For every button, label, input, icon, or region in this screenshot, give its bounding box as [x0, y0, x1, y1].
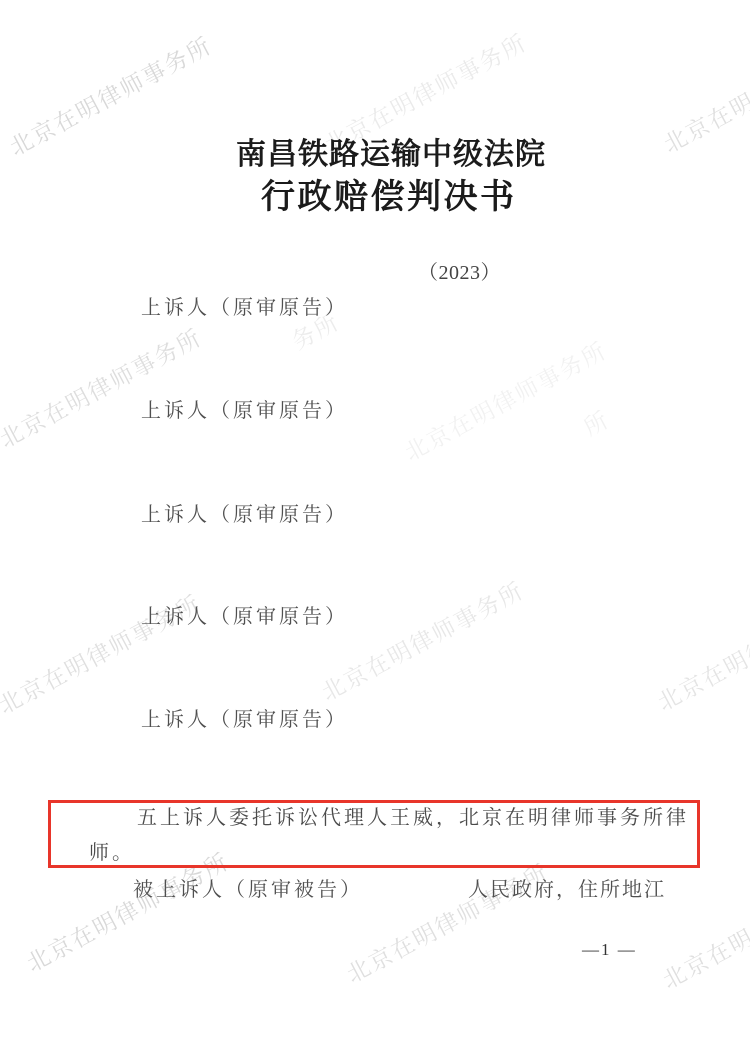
appellant-line-2: 上诉人（原审原告）: [141, 401, 348, 423]
court-name: 南昌铁路运输中级法院: [236, 139, 546, 171]
watermark-text: 北京在明律师事务所: [340, 855, 554, 990]
highlighted-clause-line-1: 五上诉人委托诉讼代理人王威，北京在明律师事务所律: [89, 808, 689, 830]
case-number-year: （2023）: [418, 263, 501, 285]
watermark-text: 北京在明律师事务所: [656, 861, 750, 996]
page-number: —1 —: [582, 941, 637, 959]
appellant-line-4: 上诉人（原审原告）: [141, 607, 348, 629]
watermark-text: 北京在明律师事务所: [398, 333, 612, 468]
watermark-text: 北京在明律师事务所: [651, 583, 750, 718]
respondent-detail: 人民政府，住所地江: [468, 880, 666, 902]
appellant-line-1: 上诉人（原审原告）: [141, 298, 348, 320]
judgment-document-page: 北京在明律师事务所北京在明律师事务所北京在明律师事务所北京在明律师事务所务所北京…: [0, 0, 750, 1060]
watermark-text: 所: [577, 402, 615, 443]
watermark-text: 北京在明律师事务所: [657, 25, 750, 160]
appellant-line-3: 上诉人（原审原告）: [141, 505, 348, 527]
watermark-text: 北京在明律师事务所: [315, 573, 529, 708]
respondent-label: 被上诉人（原审被告）: [133, 880, 363, 902]
watermark-text: 北京在明律师事务所: [3, 28, 217, 163]
appellant-line-5: 上诉人（原审原告）: [141, 710, 348, 732]
highlighted-clause-line-2: 师。: [89, 843, 135, 865]
document-title: 行政赔偿判决书: [261, 180, 517, 217]
watermark-text: 北京在明律师事务所: [0, 320, 207, 455]
